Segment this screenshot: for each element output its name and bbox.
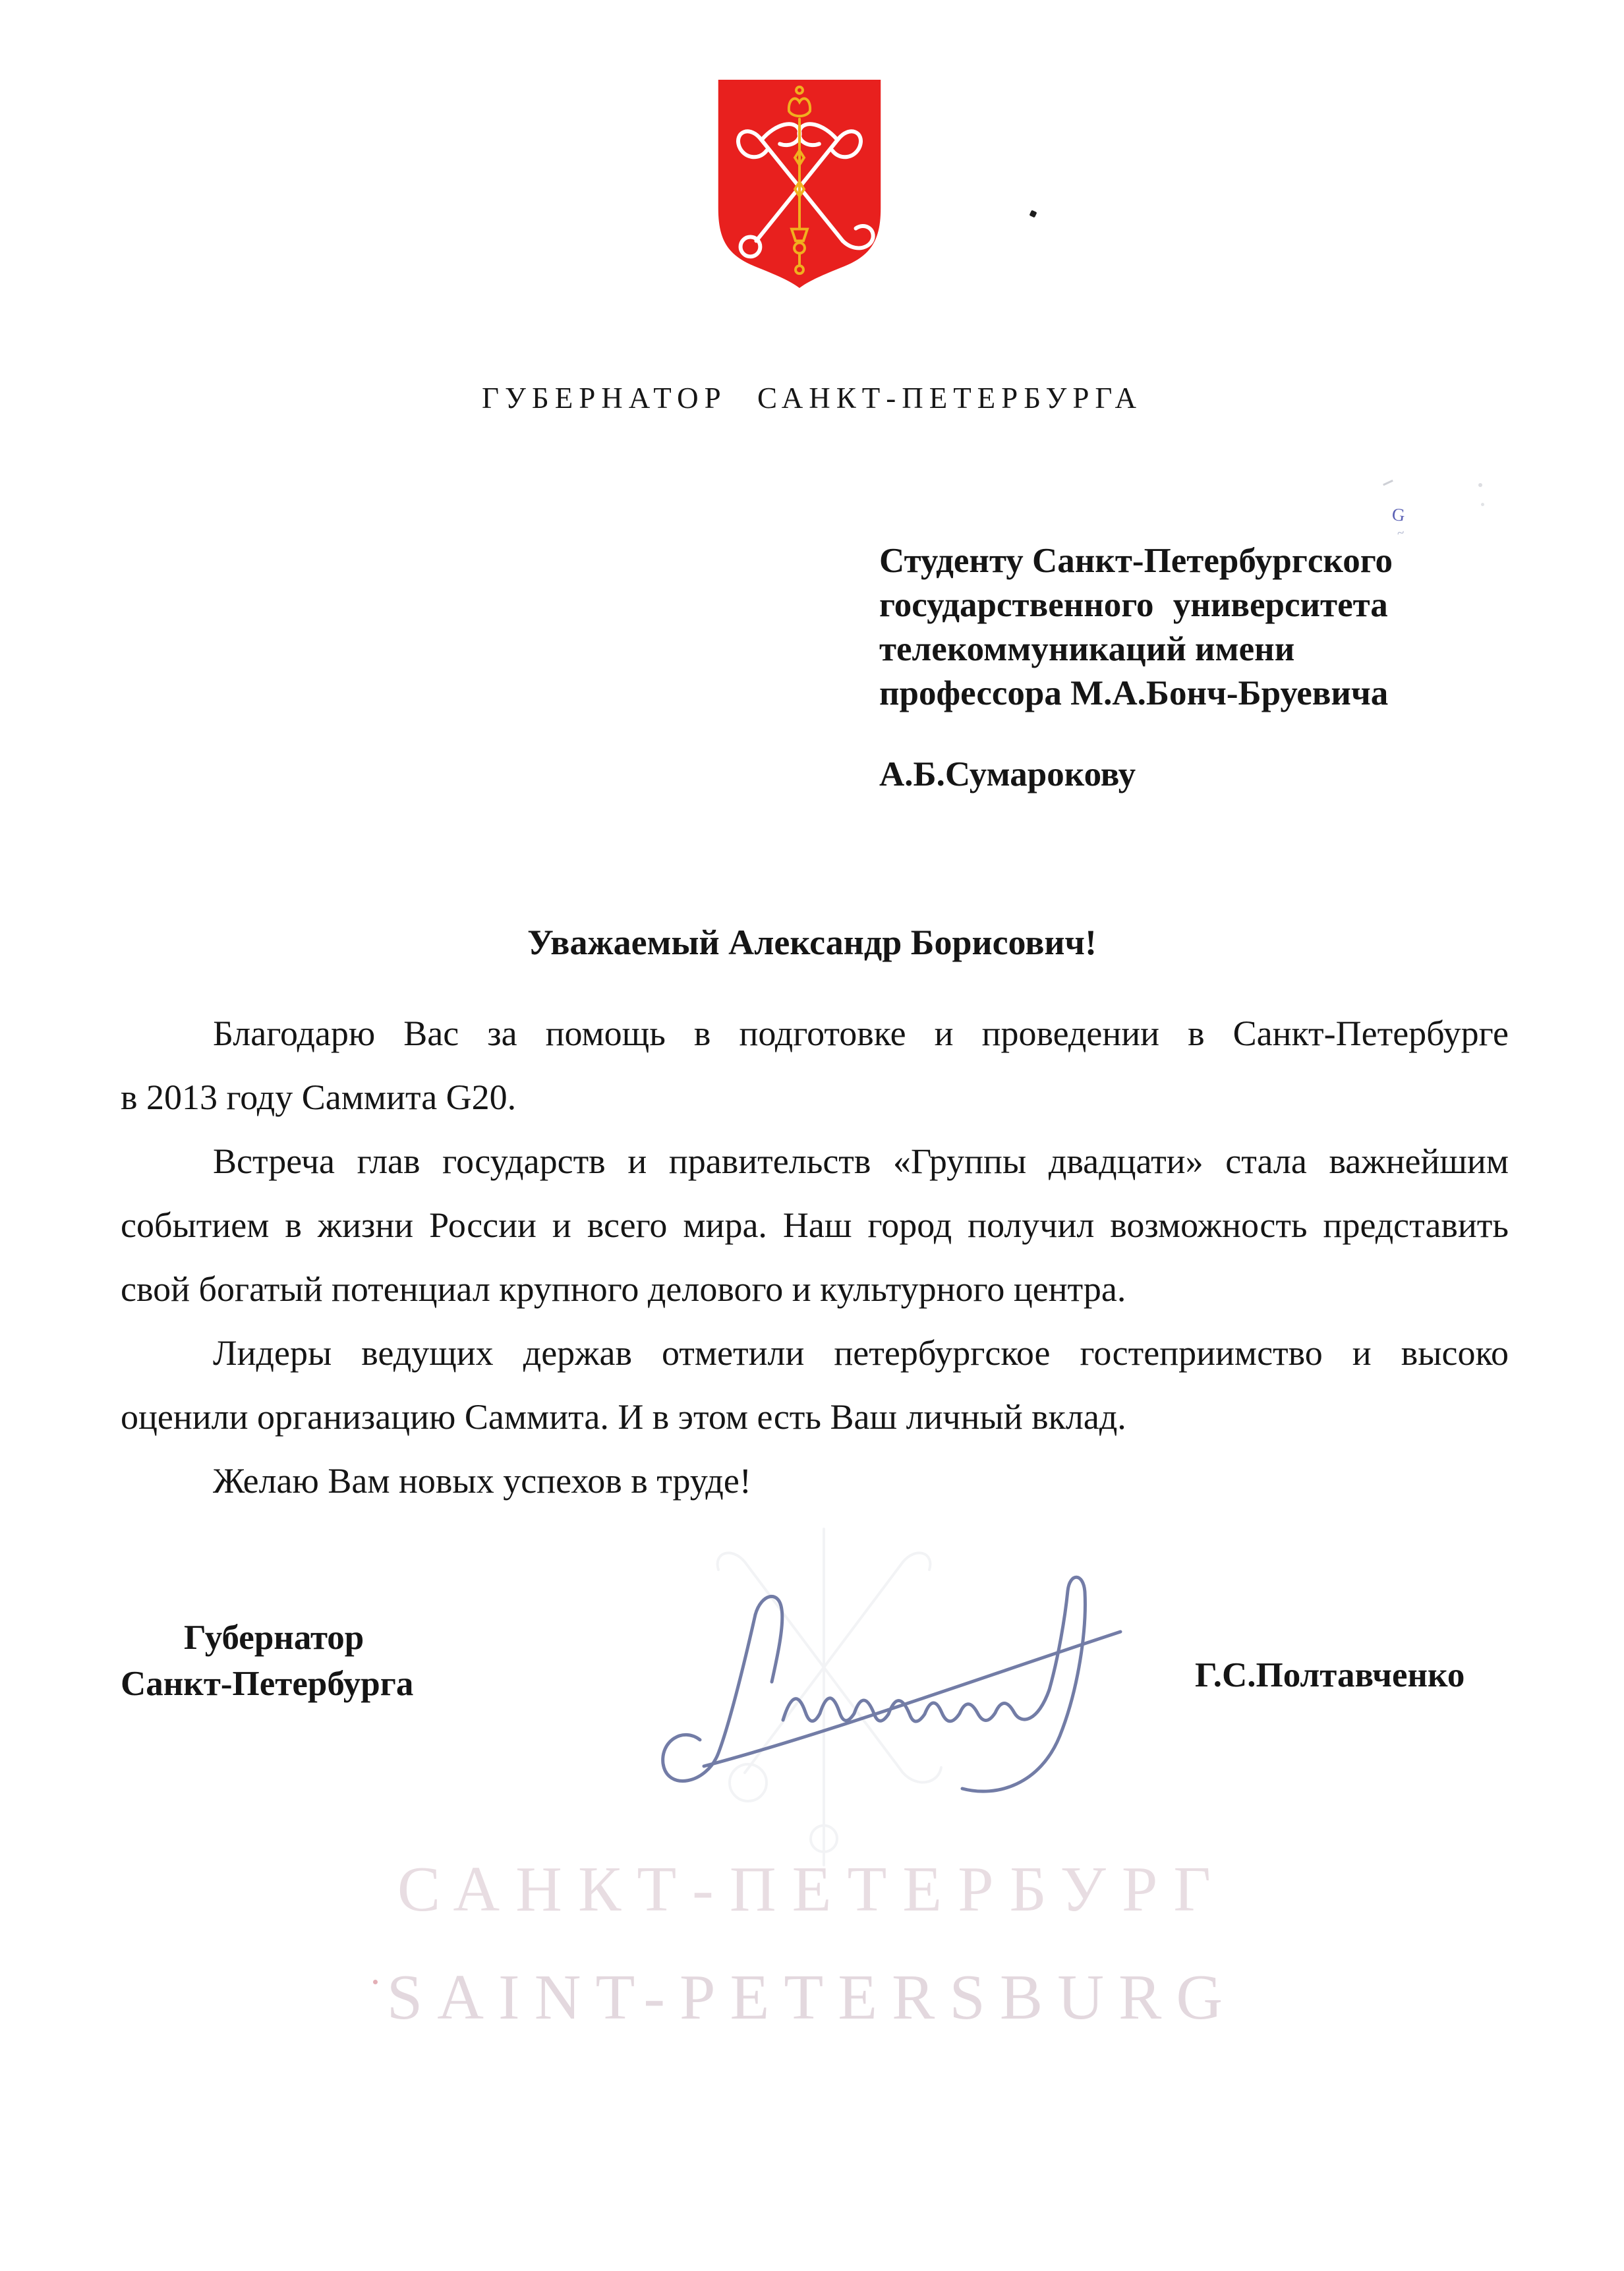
blue-ink-mark: G (1391, 504, 1406, 526)
body-line: оценили организацию Саммита. И в этом ес… (121, 1385, 1509, 1449)
body-line: Лидеры ведущих держав отметили петербург… (121, 1321, 1509, 1385)
recipient-line: государственного университета (879, 583, 1505, 627)
recipient-block: Студенту Санкт-Петербургского государств… (879, 539, 1505, 797)
recipient-line: Студенту Санкт-Петербургского (879, 539, 1505, 583)
watermark-text-russian: САНКТ-ПЕТЕРБУРГ (0, 1857, 1624, 1922)
body-line: Желаю Вам новых успехов в труде! (121, 1449, 1509, 1513)
signatory-position-block: Губернатор Санкт-Петербурга (121, 1615, 413, 1707)
scan-artifact (1383, 480, 1393, 486)
body-line: событием в жизни России и всего мира. На… (121, 1193, 1509, 1257)
letter-body: Благодарю Вас за помощь в подготовке и п… (121, 1002, 1509, 1513)
body-line: в 2013 году Саммита G20. (121, 1066, 1509, 1130)
saint-petersburg-coat-of-arms-icon (714, 77, 885, 290)
body-line: Встреча глав государств и правительств «… (121, 1130, 1509, 1193)
signatory-position-line: Губернатор (121, 1615, 413, 1661)
letterhead-title: ГУБЕРНАТОР САНКТ-ПЕТЕРБУРГА (0, 381, 1624, 415)
scan-artifact (373, 1980, 378, 1984)
letter-page: ГУБЕРНАТОР САНКТ-ПЕТЕРБУРГА Студенту Сан… (0, 0, 1624, 2271)
watermark-text-english: SAINT-PETERSBURG (0, 1965, 1624, 2030)
governor-signature-ink (626, 1516, 1153, 1799)
body-line: Благодарю Вас за помощь в подготовке и п… (121, 1002, 1509, 1066)
salutation: Уважаемый Александр Борисович! (0, 922, 1624, 963)
scan-artifact (1481, 503, 1484, 506)
recipient-name: А.Б.Сумарокову (879, 753, 1505, 797)
recipient-line: телекоммуникаций имени (879, 627, 1505, 672)
recipient-line: профессора М.А.Бонч-Бруевича (879, 672, 1505, 716)
body-line: свой богатый потенциал крупного делового… (121, 1257, 1509, 1321)
scan-speck (1029, 210, 1037, 218)
signatory-name: Г.С.Полтавченко (1195, 1655, 1464, 1695)
scan-artifact (1478, 483, 1482, 487)
signatory-position-line: Санкт-Петербурга (121, 1661, 413, 1707)
